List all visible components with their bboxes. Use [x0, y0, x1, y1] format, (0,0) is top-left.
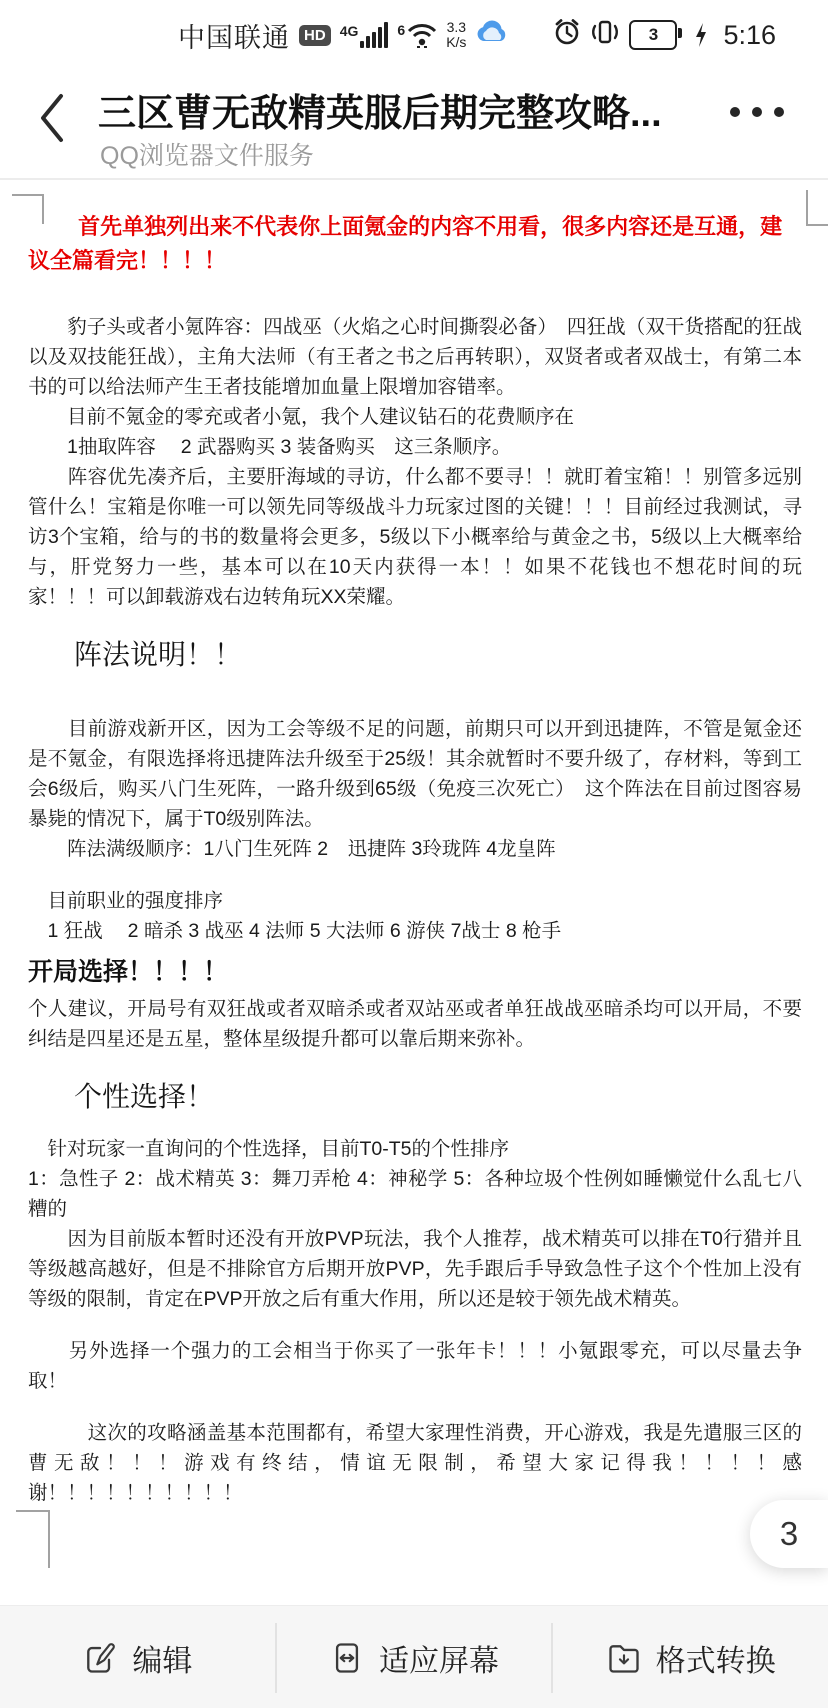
doc-paragraph: 1：急性子 2：战术精英 3：舞刀弄枪 4：神秘学 5：各种垃圾个性例如睡懒觉什… [28, 1164, 802, 1224]
network-speed: 3.3 K/s [446, 20, 466, 50]
phone-screen: 中国联通 HD 4G 6 3.3 K/s [0, 0, 828, 1708]
doc-paragraph: 这次的攻略涵盖基本范围都有，希望大家理性消费，开心游戏，我是先遣服三区的曹无敌！… [28, 1418, 802, 1508]
format-convert-button[interactable]: 格式转换 [551, 1623, 828, 1693]
fit-screen-icon [329, 1640, 365, 1676]
edit-button[interactable]: 编辑 [0, 1623, 275, 1693]
doc-blank-line [28, 864, 802, 886]
page-corner-mark-top-right [806, 190, 828, 226]
cloud-sync-icon [475, 17, 509, 54]
carrier-label: 中国联通 [178, 16, 290, 55]
fit-screen-button[interactable]: 适应屏幕 [275, 1623, 552, 1693]
doc-heading: 阵法说明！！ [28, 612, 802, 692]
edit-label: 编辑 [132, 1636, 192, 1680]
hd-badge: HD [299, 25, 331, 46]
doc-paragraph: 目前职业的强度排序 [28, 886, 802, 916]
battery-icon: 3 [629, 20, 677, 50]
doc-blank-line [28, 1396, 802, 1418]
doc-paragraph: 目前游戏新开区，因为工会等级不足的问题，前期只可以开到迅捷阵，不管是氪金还是不氪… [28, 714, 802, 834]
doc-paragraph: 豹子头或者小氪阵容：四战巫（火焰之心时间撕裂必备） 四狂战（双干货搭配的狂战以及… [28, 312, 802, 402]
doc-blank-line [28, 692, 802, 714]
page-number-badge[interactable]: 3 [750, 1500, 828, 1568]
wifi-icon: 6 [397, 21, 437, 49]
more-menu-button[interactable] [730, 100, 784, 124]
doc-paragraph: 另外选择一个强力的工会相当于你买了一张年卡！！！小氪跟零充，可以尽量去争取！ [28, 1336, 802, 1396]
alarm-icon [553, 18, 581, 53]
doc-paragraph: 1 狂战 2 暗杀 3 战巫 4 法师 5 大法师 6 游侠 7战士 8 枪手 [28, 916, 802, 946]
doc-paragraph: 阵容优先凑齐后，主要肝海域的寻访，什么都不要寻！！就盯着宝箱！！别管多远别管什么… [28, 462, 802, 612]
edit-pencil-icon [82, 1640, 118, 1676]
title-bar: 三区曹无敌精英服后期完整攻略... QQ浏览器文件服务 [0, 70, 828, 180]
format-convert-folder-icon [606, 1640, 642, 1676]
document-body: 首先单独列出来不代表你上面氪金的内容不用看，很多内容还是互通，建议全篇看完！！！… [28, 210, 802, 1508]
doc-paragraph: 因为目前版本暂时还没有开放PVP玩法，我个人推荐，战术精英可以排在T0行猎并且等… [28, 1224, 802, 1314]
vibrate-icon [590, 18, 620, 53]
doc-paragraph: 目前不氪金的零充或者小氪，我个人建议钻石的花费顺序在 [28, 402, 802, 432]
cellular-signal-icon: 4G [340, 22, 389, 48]
doc-paragraph: 个人建议，开局号有双狂战或者双暗杀或者双站巫或者单狂战战巫暗杀均可以开局，不要纠… [28, 994, 802, 1054]
page-title: 三区曹无敌精英服后期完整攻略... [98, 82, 698, 137]
doc-paragraph: 针对玩家一直询问的个性选择，目前T0-T5的个性排序 [28, 1134, 802, 1164]
back-button[interactable] [36, 88, 80, 148]
doc-warning-text: 首先单独列出来不代表你上面氪金的内容不用看，很多内容还是互通，建议全篇看完！！！… [28, 210, 802, 278]
charging-bolt-icon [694, 22, 708, 48]
doc-blank-line [28, 1314, 802, 1336]
page-subtitle: QQ浏览器文件服务 [100, 136, 314, 172]
bottom-toolbar: 编辑 适应屏幕 格式转换 [0, 1605, 828, 1708]
doc-blank-line [28, 290, 802, 312]
doc-heading: 开局选择！！！！ [28, 946, 802, 994]
status-bar: 中国联通 HD 4G 6 3.3 K/s [0, 0, 828, 70]
doc-paragraph: 1抽取阵容 2 武器购买 3 装备购买 这三条顺序。 [28, 432, 802, 462]
fit-screen-label: 适应屏幕 [379, 1636, 499, 1680]
doc-paragraph: 阵法满级顺序：1八门生死阵 2 迅捷阵 3玲珑阵 4龙皇阵 [28, 834, 802, 864]
format-convert-label: 格式转换 [656, 1636, 776, 1680]
page-corner-mark-bottom-left [16, 1510, 50, 1568]
doc-heading: 个性选择！ [28, 1054, 802, 1134]
clock-time: 5:16 [723, 20, 776, 51]
